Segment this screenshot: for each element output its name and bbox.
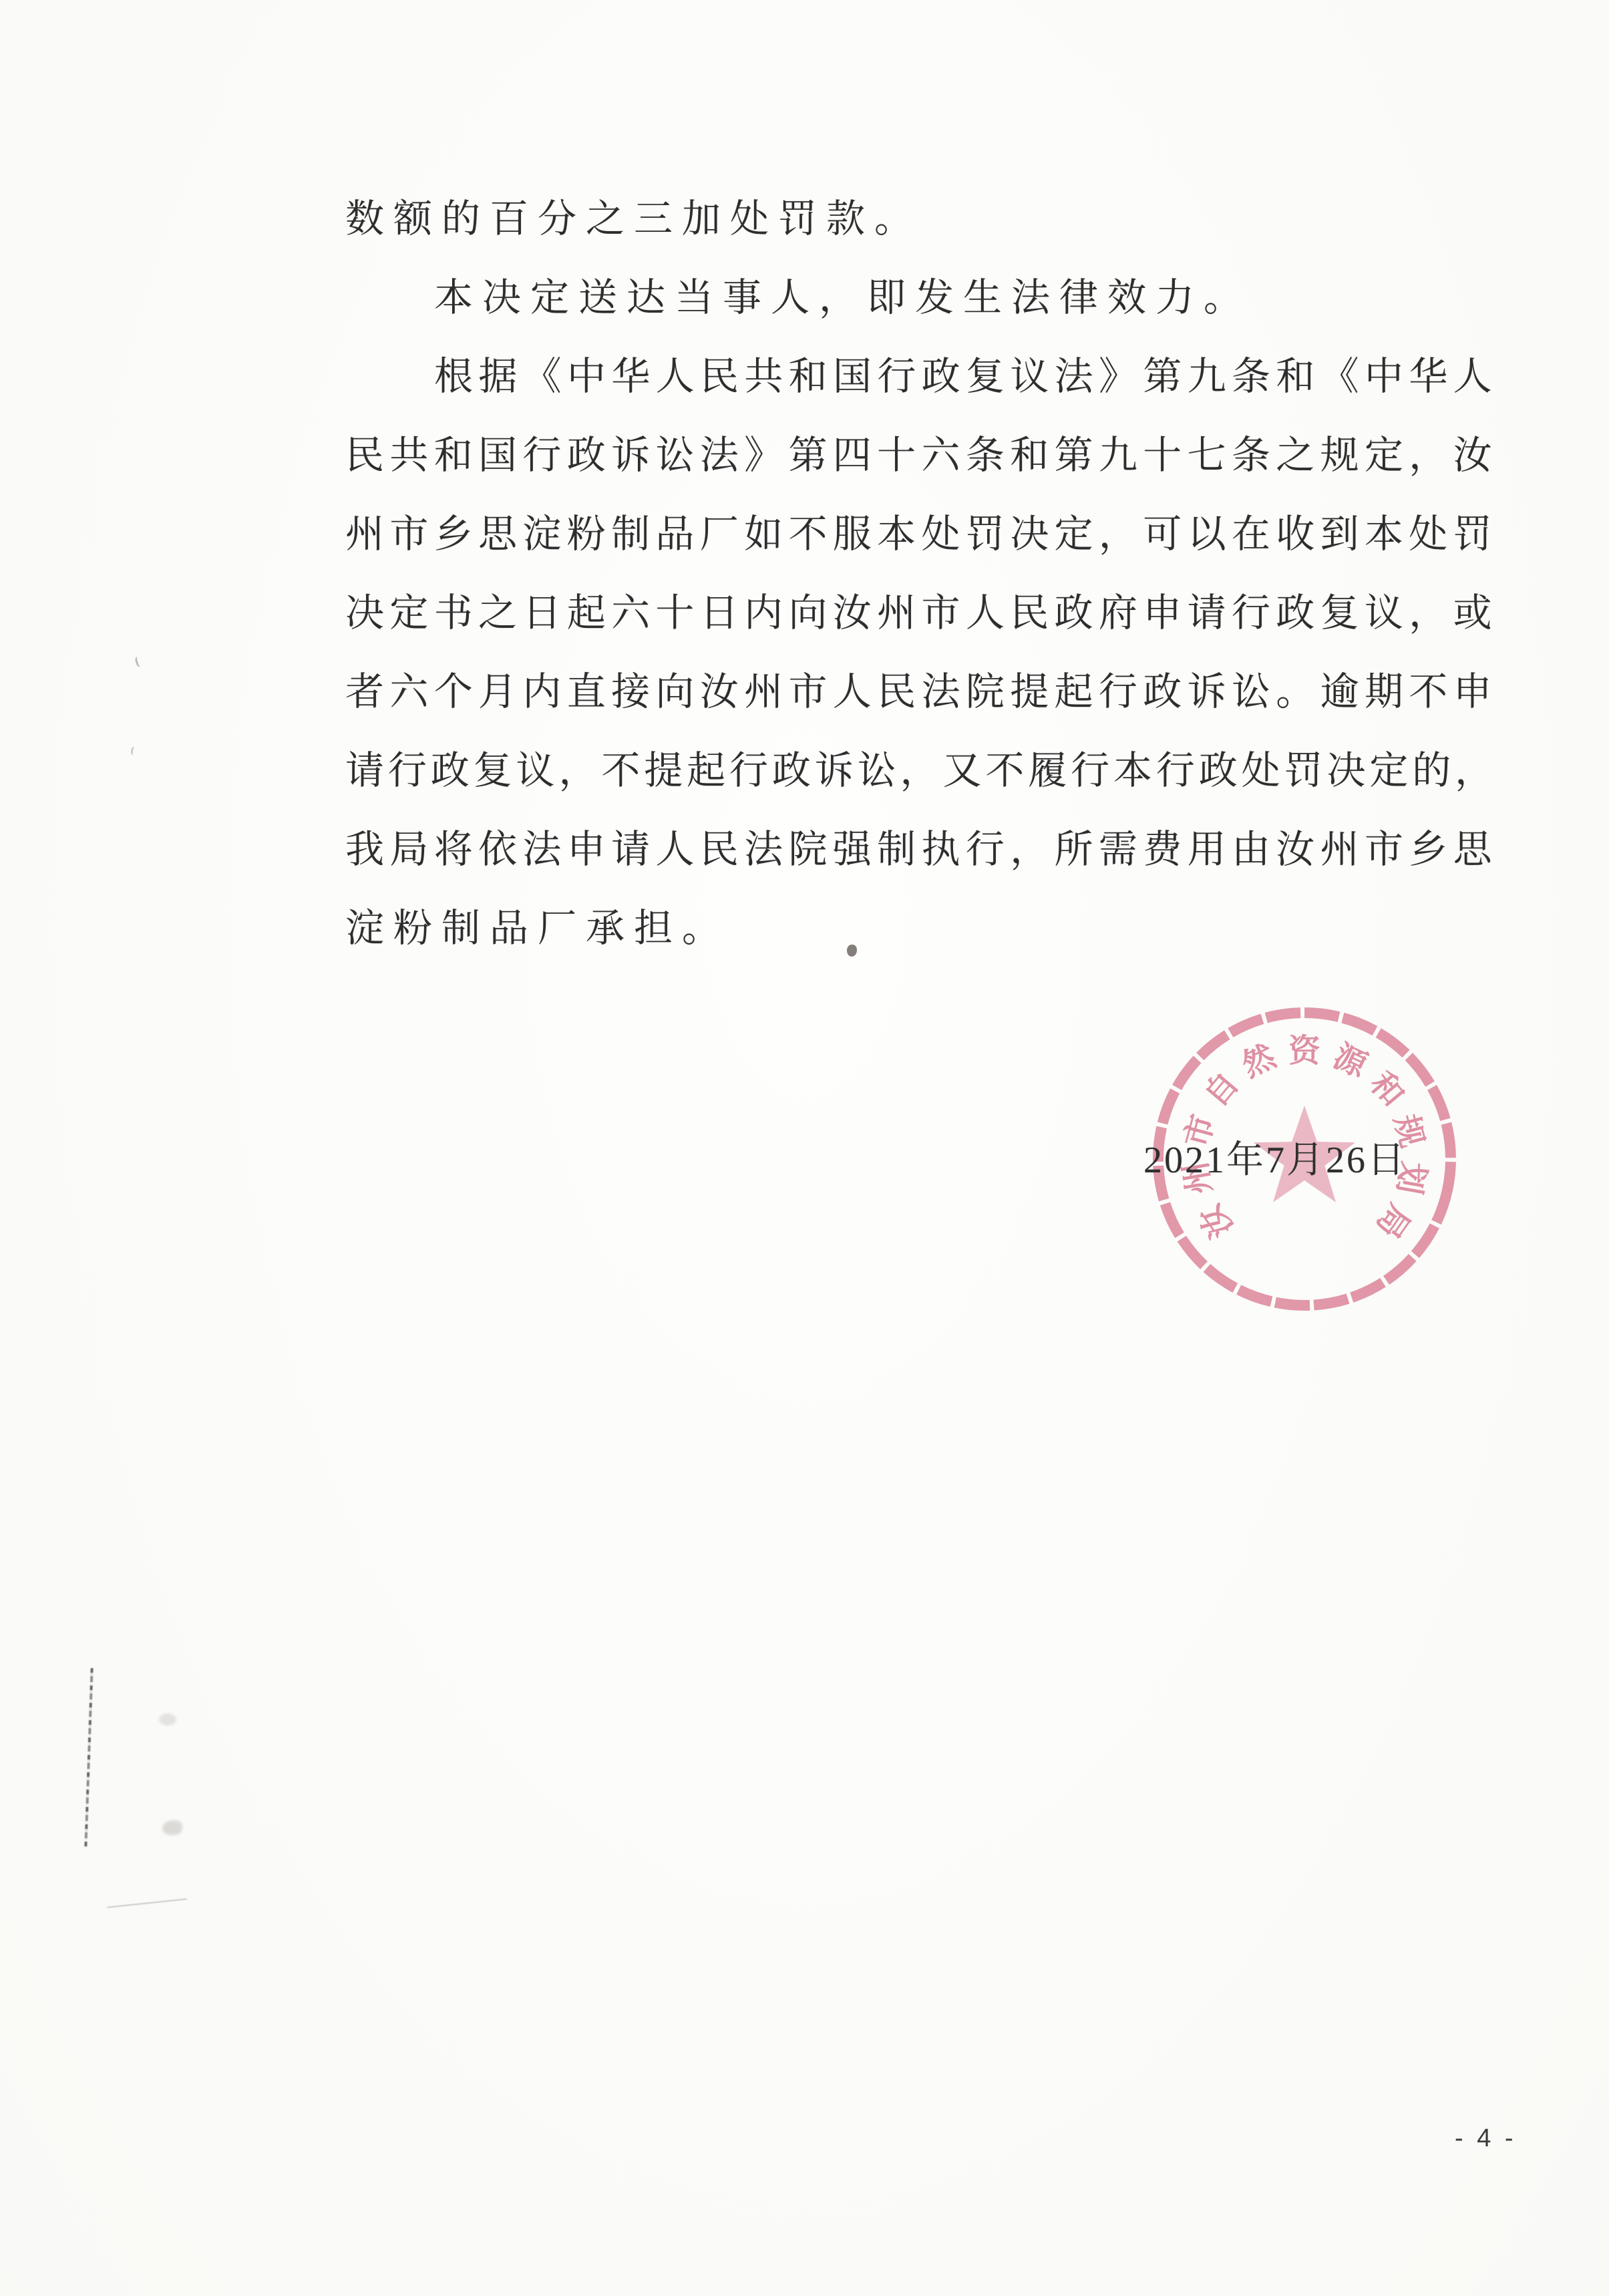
- seal-character: 源: [1328, 1037, 1373, 1085]
- scanned-document-page: 数额的百分之三加处罚款。本决定送达当事人，即发生法律效力。根据《中华人民共和国行…: [0, 0, 1609, 2296]
- seal-character: 资: [1288, 1032, 1321, 1070]
- page-number: - 4 -: [1455, 2124, 1517, 2153]
- scan-artifact-scratch: [107, 1899, 187, 1909]
- document-text-line: 决定书之日起六十日内向汝州市人民政府申请行政复议，或: [345, 574, 1497, 653]
- scan-artifact-smudge: [159, 1713, 176, 1726]
- seal-character: 然: [1236, 1037, 1282, 1084]
- scan-artifact-streak: [84, 1668, 93, 1847]
- document-text-line: 请行政复议，不提起行政诉讼，又不履行本行政处罚决定的，: [345, 731, 1497, 810]
- document-text-line: 州市乡思淀粉制品厂如不服本处罚决定，可以在收到本处罚: [345, 495, 1497, 574]
- document-text-line: 我局将依法申请人民法院强制执行，所需费用由汝州市乡思: [345, 810, 1497, 889]
- document-body-text: 数额的百分之三加处罚款。本决定送达当事人，即发生法律效力。根据《中华人民共和国行…: [345, 180, 1497, 968]
- seal-character: 局: [1369, 1197, 1417, 1245]
- document-text-line: 本决定送达当事人，即发生法律效力。: [345, 259, 1497, 337]
- document-text-line: 者六个月内直接向汝州市人民法院提起行政诉讼。逾期不申: [345, 653, 1497, 731]
- seal-character: 和: [1363, 1065, 1412, 1114]
- seal-character: 自: [1197, 1065, 1246, 1114]
- scan-artifact-smudge: [162, 1820, 182, 1835]
- scan-artifact-tick: [130, 746, 140, 756]
- document-text-line: 根据《中华人民共和国行政复议法》第九条和《中华人: [345, 337, 1497, 416]
- seal-character: 汝: [1192, 1197, 1240, 1245]
- seal-date: 2021年7月26日: [1143, 1130, 1407, 1184]
- document-text-line: 数额的百分之三加处罚款。: [345, 180, 1497, 259]
- document-text-line: 民共和国行政诉讼法》第四十六条和第九十七条之规定，汝: [345, 416, 1497, 495]
- scan-artifact-tick: [134, 655, 146, 667]
- document-text-line: 淀粉制品厂承担。: [345, 889, 1497, 968]
